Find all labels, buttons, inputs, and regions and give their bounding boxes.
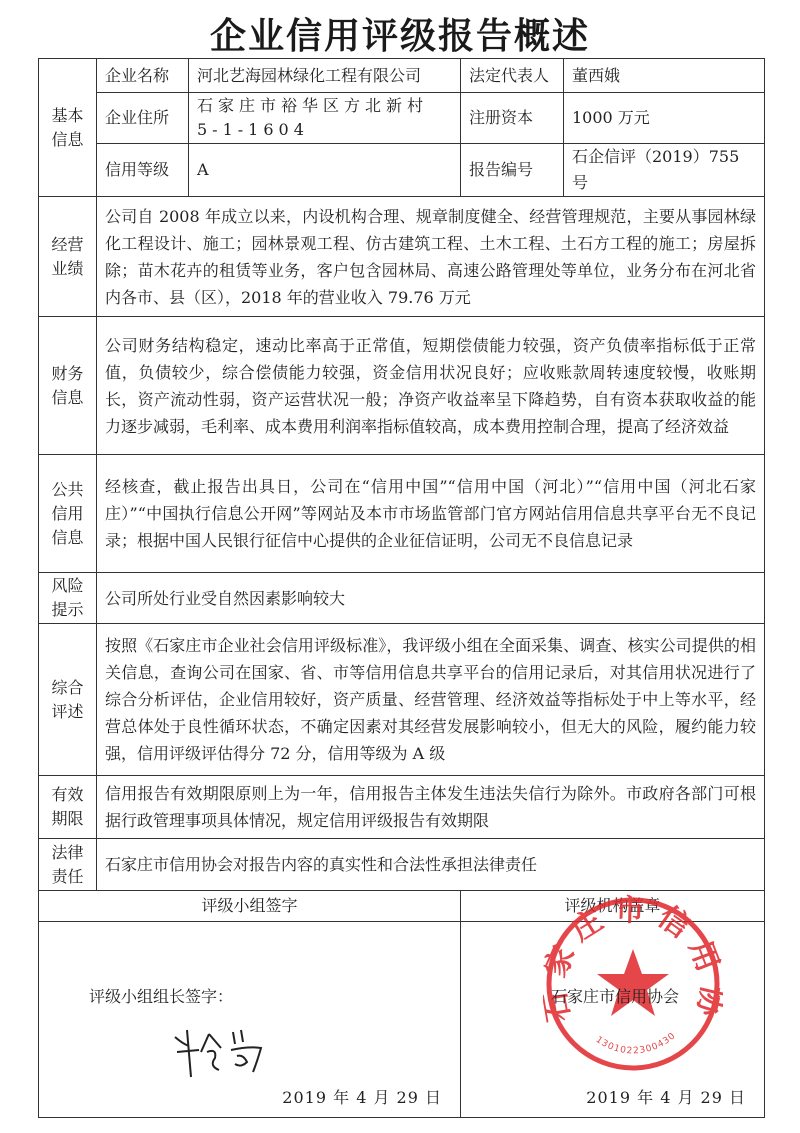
section-label-operations: 经营业绩 (39, 197, 97, 317)
field-key: 企业住所 (97, 93, 189, 144)
section-label-public-credit: 公共信用信息 (39, 455, 97, 573)
signature-header-left: 评级小组签字 (39, 891, 461, 922)
field-key: 注册资本 (461, 93, 564, 144)
report-table: 基本信息 企业名称 河北艺海园林绿化工程有限公司 法定代表人 董西娥 企业住所 … (38, 58, 765, 1118)
finance-text: 公司财务结构稳定，速动比率高于正常值，短期偿债能力较强，资产负债率指标低于正常值… (97, 317, 765, 455)
section-label-legal: 法律责任 (39, 839, 97, 891)
section-label-validity: 有效期限 (39, 776, 97, 839)
address-value: 石家庄市裕华区方北新村5-1-1604 (189, 93, 461, 144)
credit-grade-value: A (189, 144, 461, 197)
section-row: 综合评述 按照《石家庄市企业社会信用评级标准》，我评级小组在全面采集、调查、核实… (39, 624, 765, 776)
risk-text: 公司所处行业受自然因素影响较大 (97, 573, 765, 624)
legal-rep-value: 董西娥 (564, 59, 765, 93)
section-label-risk: 风险提示 (39, 573, 97, 624)
signature-cell-right: 石家庄市信用协会 1301022300430 石家庄市信用协会 2019 年 4… (461, 922, 765, 1118)
field-key: 报告编号 (461, 144, 564, 197)
public-credit-text: 经核查，截止报告出具日，公司在“信用中国”“信用中国（河北）”“信用中国（河北石… (97, 455, 765, 573)
page-title: 企业信用评级报告概述 (0, 8, 800, 59)
basic-row: 基本信息 企业名称 河北艺海园林绿化工程有限公司 法定代表人 董西娥 (39, 59, 765, 93)
basic-row: 企业住所 石家庄市裕华区方北新村5-1-1604 注册资本 1000 万元 (39, 93, 765, 144)
report-number-value: 石企信评（2019）755 号 (564, 144, 765, 197)
section-label-finance: 财务信息 (39, 317, 97, 455)
section-row: 法律责任 石家庄市信用协会对报告内容的真实性和合法性承担法律责任 (39, 839, 765, 891)
signature-cell-left: 评级小组组长签字： 2019 年 4 月 29 日 (39, 922, 461, 1118)
org-stamp-date: 2019 年 4 月 29 日 (586, 1085, 746, 1111)
field-key: 信用等级 (97, 144, 189, 197)
field-key: 企业名称 (97, 59, 189, 93)
leader-sign-date: 2019 年 4 月 29 日 (282, 1085, 442, 1111)
leader-signature-label: 评级小组组长签字： (89, 984, 233, 1010)
section-label-summary: 综合评述 (39, 624, 97, 776)
signature-row: 评级小组组长签字： 2019 年 4 月 29 日 石家庄市信用协会 13010… (39, 922, 765, 1118)
basic-row: 信用等级 A 报告编号 石企信评（2019）755 号 (39, 144, 765, 197)
handwritten-signature (169, 1022, 279, 1082)
section-row: 财务信息 公司财务结构稳定，速动比率高于正常值，短期偿债能力较强，资产负债率指标… (39, 317, 765, 455)
summary-text: 按照《石家庄市企业社会信用评级标准》，我评级小组在全面采集、调查、核实公司提供的… (97, 624, 765, 776)
section-row: 公共信用信息 经核查，截止报告出具日，公司在“信用中国”“信用中国（河北）”“信… (39, 455, 765, 573)
section-label-basic-info: 基本信息 (39, 59, 97, 197)
legal-text: 石家庄市信用协会对报告内容的真实性和合法性承担法律责任 (97, 839, 765, 891)
registered-capital-value: 1000 万元 (564, 93, 765, 144)
section-row: 风险提示 公司所处行业受自然因素影响较大 (39, 573, 765, 624)
org-name: 石家庄市信用协会 (551, 984, 679, 1010)
company-name-value: 河北艺海园林绿化工程有限公司 (189, 59, 461, 93)
operations-text: 公司自 2008 年成立以来，内设机构合理、规章制度健全、经营管理规范，主要从事… (97, 197, 765, 317)
svg-text:1301022300430: 1301022300430 (594, 1031, 678, 1057)
section-row: 有效期限 信用报告有效期限原则上为一年，信用报告主体发生违法失信行为除外。市政府… (39, 776, 765, 839)
section-row: 经营业绩 公司自 2008 年成立以来，内设机构合理、规章制度健全、经营管理规范… (39, 197, 765, 317)
field-key: 法定代表人 (461, 59, 564, 93)
validity-text: 信用报告有效期限原则上为一年，信用报告主体发生违法失信行为除外。市政府各部门可根… (97, 776, 765, 839)
